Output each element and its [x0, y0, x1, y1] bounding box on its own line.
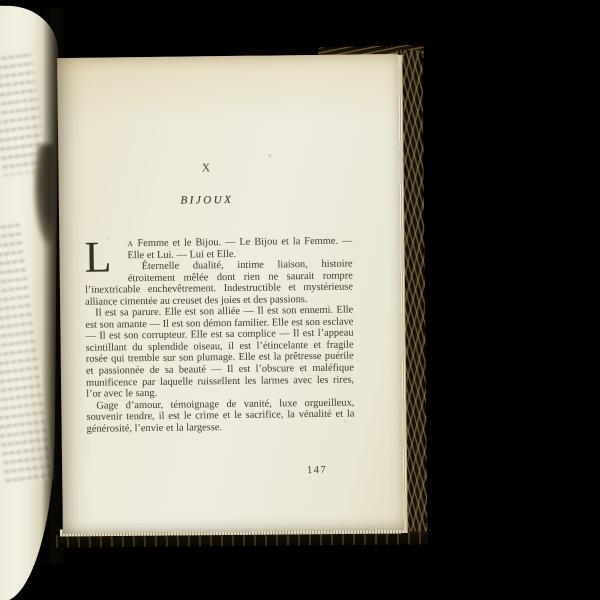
body-paragraph: Éternelle dualité, intime liaison, histo…	[85, 259, 354, 308]
chapter-number: X	[72, 161, 340, 176]
body-text-block: L A Femme et le Bijou. — Le Bijou et la …	[84, 236, 354, 436]
paragraph-text: Femme et le Bijou. — Le Bijou et la Femm…	[127, 236, 352, 261]
book-page: X BIJOUX L A Femme et le Bijou. — Le Bij…	[57, 54, 404, 534]
book-photo-scene: X BIJOUX L A Femme et le Bijou. — Le Bij…	[0, 0, 600, 600]
chapter-title: BIJOUX	[73, 193, 341, 208]
drop-cap: L	[84, 240, 122, 274]
body-paragraph: A Femme et le Bijou. — Le Bijou et la Fe…	[84, 236, 352, 262]
page-number: 147	[87, 465, 327, 479]
body-paragraph: Gage d’amour, témoignage de vanité, luxe…	[86, 397, 354, 435]
body-paragraph: Il est sa parure. Elle est son alliée — …	[85, 305, 354, 401]
